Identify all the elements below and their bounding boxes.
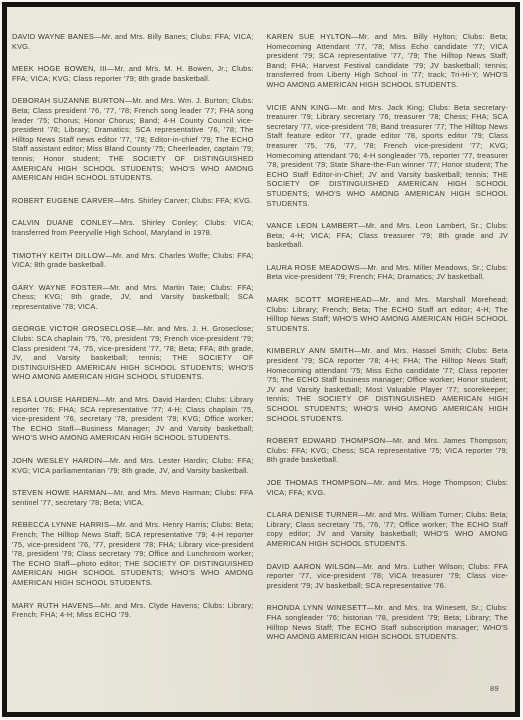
student-name: GARY WAYNE FOSTER xyxy=(12,283,103,292)
student-name: VICIE ANN KING xyxy=(267,103,330,112)
student-name: ROBERT EUGENE CARVER xyxy=(12,196,114,205)
student-name: MEEK HOGE BOWEN, III xyxy=(12,64,107,73)
student-details: —Mr. and Mrs. Henry Harris; Clubs: Beta;… xyxy=(12,520,254,587)
student-entry: ROBERT EUGENE CARVER—Mrs. Shirley Carver… xyxy=(12,196,254,206)
student-name: MARK SCOTT MOREHEAD xyxy=(267,295,373,304)
student-name: JOHN WESLEY HARDIN xyxy=(12,456,102,465)
student-name: VANCE LEON LAMBERT xyxy=(267,221,359,230)
student-name: MARY RUTH HAVENS xyxy=(12,601,93,610)
student-entry: MARK SCOTT MOREHEAD—Mr. and Mrs. Marshal… xyxy=(267,295,509,333)
student-details: —Mrs. Shirley Carver; Clubs: FFA; KVG. xyxy=(114,196,253,205)
student-name: DAVID WAYNE BANES xyxy=(12,32,94,41)
student-entry: GARY WAYNE FOSTER—Mr. and Mrs. Martin Ta… xyxy=(12,283,254,312)
student-name: KAREN SUE HYLTON xyxy=(267,32,352,41)
yearbook-page: DAVID WAYNE BANES—Mr. and Mrs. Billy Ban… xyxy=(7,7,515,712)
student-entry: TIMOTHY KEITH DILLOW—Mr. and Mrs. Charle… xyxy=(12,251,254,270)
student-entry: KIMBERLY ANN SMITH—Mr. and Mrs. Hassel S… xyxy=(267,346,509,423)
page-number: 89 xyxy=(490,684,499,693)
student-entry: JOHN WESLEY HARDIN—Mr. and Mrs. Lester H… xyxy=(12,456,254,475)
student-entry: VANCE LEON LAMBERT—Mr. and Mrs. Leon Lam… xyxy=(267,221,509,250)
student-entry: MEEK HOGE BOWEN, III—Mr. and Mrs. M. H. … xyxy=(12,64,254,83)
student-details: —Mr. and Mrs. Wm. J. Burton; Clubs: Beta… xyxy=(12,96,254,182)
student-entry: LAURA ROSE MEADOWS—Mr. and Mrs. Miller M… xyxy=(267,263,509,282)
student-entry: LESA LOUISE HARDEN—Mr. and Mrs. David Ha… xyxy=(12,395,254,443)
student-entry: CLARA DENISE TURNER—Mr. and Mrs. William… xyxy=(267,510,509,548)
student-name: DEBORAH SUZANNE BURTON xyxy=(12,96,125,105)
student-entry: STEVEN HOWE HARMAN—Mr. and Mrs. Mevo Har… xyxy=(12,488,254,507)
student-entry: KAREN SUE HYLTON—Mr. and Mrs. Billy Hylt… xyxy=(267,32,509,90)
left-column: DAVID WAYNE BANES—Mr. and Mrs. Billy Ban… xyxy=(12,32,254,712)
student-entry: DEBORAH SUZANNE BURTON—Mr. and Mrs. Wm. … xyxy=(12,96,254,182)
student-name: STEVEN HOWE HARMAN xyxy=(12,488,106,497)
student-name: LESA LOUISE HARDEN xyxy=(12,395,99,404)
student-name: JOE THOMAS THOMPSON xyxy=(267,478,367,487)
student-entry: ROBERT EDWARD THOMPSON—Mr. and Mrs. Jame… xyxy=(267,436,509,465)
student-entry: DAVID AARON WILSON—Mr. and Mrs. Luther W… xyxy=(267,562,509,591)
student-entry: MARY RUTH HAVENS—Mr. and Mrs. Clyde Have… xyxy=(12,601,254,620)
student-name: CLARA DENISE TURNER xyxy=(267,510,359,519)
right-column: KAREN SUE HYLTON—Mr. and Mrs. Billy Hylt… xyxy=(267,32,509,712)
student-entry: CALVIN DUANE CONLEY—Mrs. Shirley Conley;… xyxy=(12,218,254,237)
student-details: —Mr. and Mrs. Hassel Smith; Clubs: Beta … xyxy=(267,346,509,422)
student-entry: REBECCA LYNNE HARRIS—Mr. and Mrs. Henry … xyxy=(12,520,254,587)
student-name: CALVIN DUANE CONLEY xyxy=(12,218,112,227)
student-details: —Mr. and Mrs. Jack King; Clubs: Beta sec… xyxy=(267,103,509,208)
student-entry: RHONDA LYNN WINESETT—Mr. and Mrs. Ira Wi… xyxy=(267,603,509,641)
student-entry: VICIE ANN KING—Mr. and Mrs. Jack King; C… xyxy=(267,103,509,209)
student-name: RHONDA LYNN WINESETT xyxy=(267,603,367,612)
student-name: ROBERT EDWARD THOMPSON xyxy=(267,436,386,445)
student-name: GEORGE VICTOR GROSECLOSE xyxy=(12,324,136,333)
student-entry: DAVID WAYNE BANES—Mr. and Mrs. Billy Ban… xyxy=(12,32,254,51)
directory-content: DAVID WAYNE BANES—Mr. and Mrs. Billy Ban… xyxy=(12,32,508,712)
scan-border-frame: DAVID WAYNE BANES—Mr. and Mrs. Billy Ban… xyxy=(2,2,520,717)
student-name: REBECCA LYNNE HARRIS xyxy=(12,520,109,529)
student-name: KIMBERLY ANN SMITH xyxy=(267,346,354,355)
student-name: LAURA ROSE MEADOWS xyxy=(267,263,360,272)
student-entry: JOE THOMAS THOMPSON—Mr. and Mrs. Hoge Th… xyxy=(267,478,509,497)
student-name: DAVID AARON WILSON xyxy=(267,562,356,571)
student-entry: GEORGE VICTOR GROSECLOSE—Mr. and Mrs. J.… xyxy=(12,324,254,382)
student-name: TIMOTHY KEITH DILLOW xyxy=(12,251,105,260)
